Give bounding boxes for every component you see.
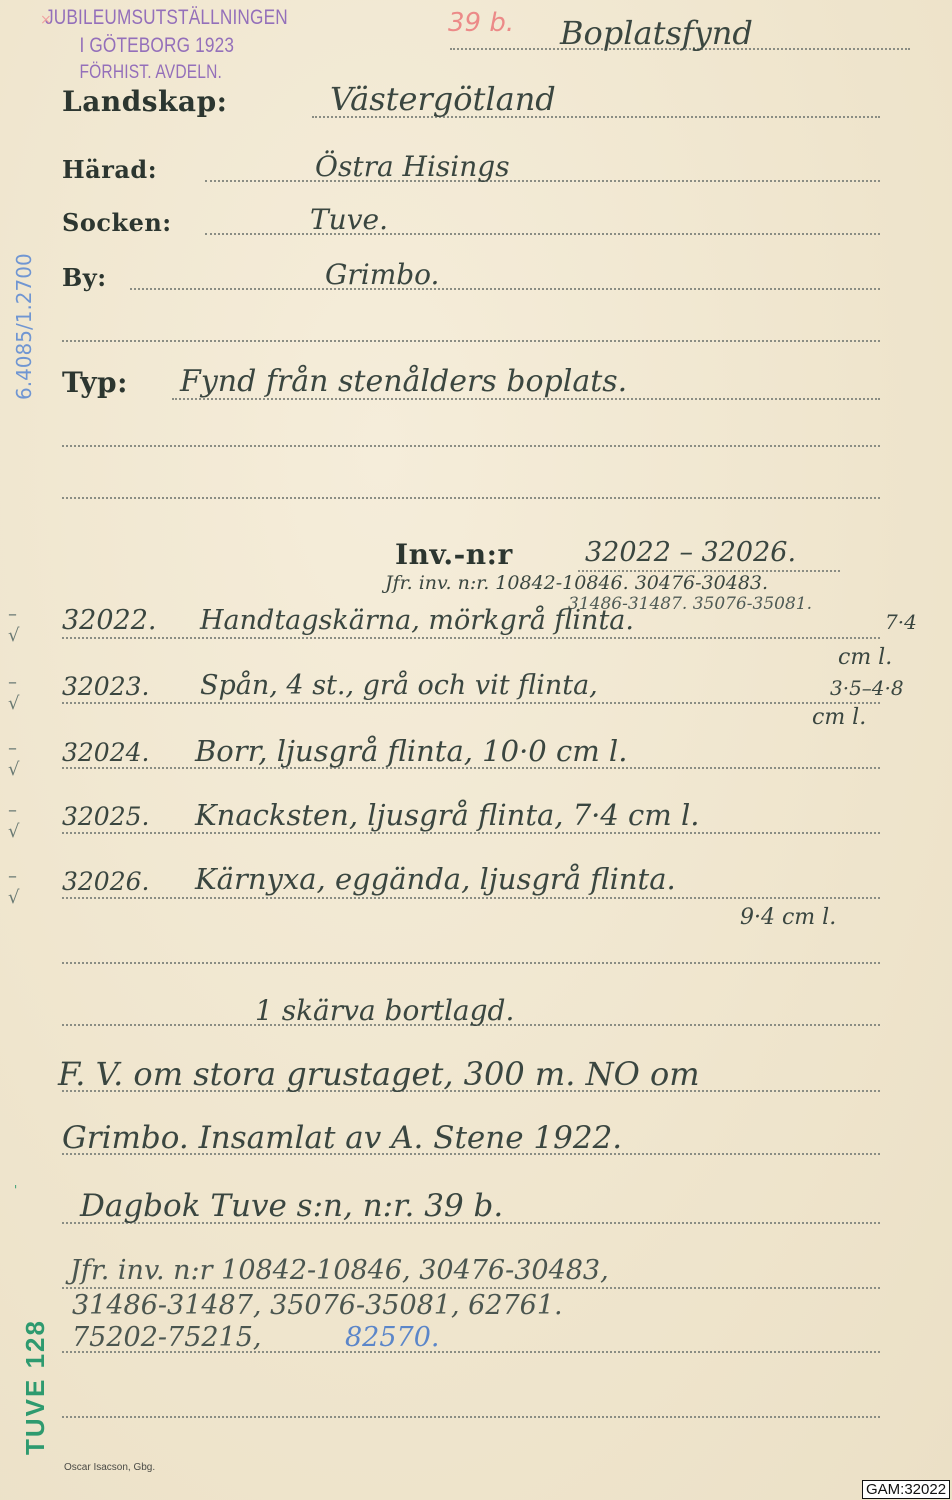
value-landskap: Västergötland (330, 80, 556, 118)
red-card-number: 39 b. (448, 8, 514, 38)
label-inv: Inv.-n:r (395, 538, 513, 571)
blank-line-4 (62, 962, 880, 964)
blank-line-1 (62, 340, 880, 342)
item-line (62, 637, 880, 639)
item-number: 32026. (62, 867, 149, 896)
catalog-id-label: GAM:32022 (862, 1480, 950, 1499)
item-measure: 7·4 (885, 610, 917, 634)
item-measure-unit: cm l. (838, 645, 892, 670)
margin-note: 6.4085/1.2700 (12, 253, 36, 400)
value-typ: Fynd från stenålders boplats. (180, 364, 627, 399)
line-socken (205, 233, 880, 235)
item-description: Borr, ljusgrå flinta, 10·0 cm l. (195, 734, 627, 768)
item-line (62, 897, 880, 899)
line-jfr-1 (62, 1287, 880, 1289)
label-harad: Härad: (62, 155, 157, 184)
note-findspot-2: Grimbo. Insamlat av A. Stene 1922. (62, 1120, 622, 1156)
item-description: Kärnyxa, eggända, ljusgrå flinta. (195, 862, 676, 896)
item-description: Handtagskärna, mörkgrå flinta. (200, 605, 634, 636)
item-description: Spån, 4 st., grå och vit flinta, (200, 670, 598, 701)
note-jfr-1: Jfr. inv. n:r 10842-10846, 30476-30483, (70, 1255, 609, 1286)
item-number: 32024. (62, 738, 149, 767)
note-findspot-1: F. V. om stora grustaget, 300 m. NO om (58, 1055, 700, 1093)
item-line (62, 832, 880, 834)
label-typ: Typ: (62, 366, 128, 399)
line-harad (205, 180, 880, 182)
note-jfr-3b: 82570. (345, 1322, 439, 1353)
label-socken: Socken: (62, 208, 172, 237)
item-check: –√ (8, 604, 19, 646)
inv-cross-ref-1: Jfr. inv. n:r. 10842-10846. 30476-30483. (385, 572, 768, 594)
item-number: 32023. (62, 672, 149, 701)
label-by: By: (62, 263, 107, 292)
item-number: 32022. (62, 605, 156, 636)
blank-line-5 (62, 1416, 880, 1418)
item-check: –√ (8, 738, 19, 780)
item-measure-unit: cm l. (812, 705, 866, 730)
item-measure-unit: 9·4 cm l. (740, 905, 836, 930)
value-socken: Tuve. (310, 203, 388, 236)
item-measure: 3·5–4·8 (830, 676, 904, 700)
red-mark: × (40, 12, 52, 28)
stamp-line-3: FÖRHIST. AVDELN. (45, 62, 288, 84)
stamp-line-1: JUBILEUMSUTSTÄLLNINGEN (45, 6, 288, 30)
stamp-line-2: I GÖTEBORG 1923 (45, 34, 288, 58)
item-check: –√ (8, 866, 19, 908)
item-check: –√ (8, 672, 19, 714)
value-harad: Östra Hisings (315, 150, 510, 183)
item-check: –√ (8, 800, 19, 842)
note-jfr-3a: 75202-75215, (72, 1322, 262, 1353)
blank-line-2 (62, 445, 880, 447)
note-jfr-2: 31486-31487, 35076-35081, 62761. (72, 1290, 563, 1321)
value-by: Grimbo. (325, 258, 439, 291)
label-landskap: Landskap: (62, 85, 228, 118)
category-value: Boplatsfynd (560, 14, 753, 52)
museum-stamp: JUBILEUMSUTSTÄLLNINGEN I GÖTEBORG 1923 F… (45, 6, 288, 84)
note-diary: Dagbok Tuve s:n, n:r. 39 b. (80, 1188, 503, 1224)
line-by (130, 288, 880, 290)
item-description: Knacksten, ljusgrå flinta, 7·4 cm l. (195, 798, 699, 832)
tuve-stamp: TUVE 128 (20, 1319, 51, 1455)
item-line (62, 702, 880, 704)
printer-credit: Oscar Isacson, Gbg. (64, 1462, 155, 1473)
green-mark: ' (14, 1183, 17, 1197)
item-number: 32025. (62, 802, 149, 831)
note-removed: 1 skärva bortlagd. (255, 994, 514, 1027)
blank-line-3 (62, 497, 880, 499)
value-inv-range: 32022 – 32026. (585, 537, 796, 568)
